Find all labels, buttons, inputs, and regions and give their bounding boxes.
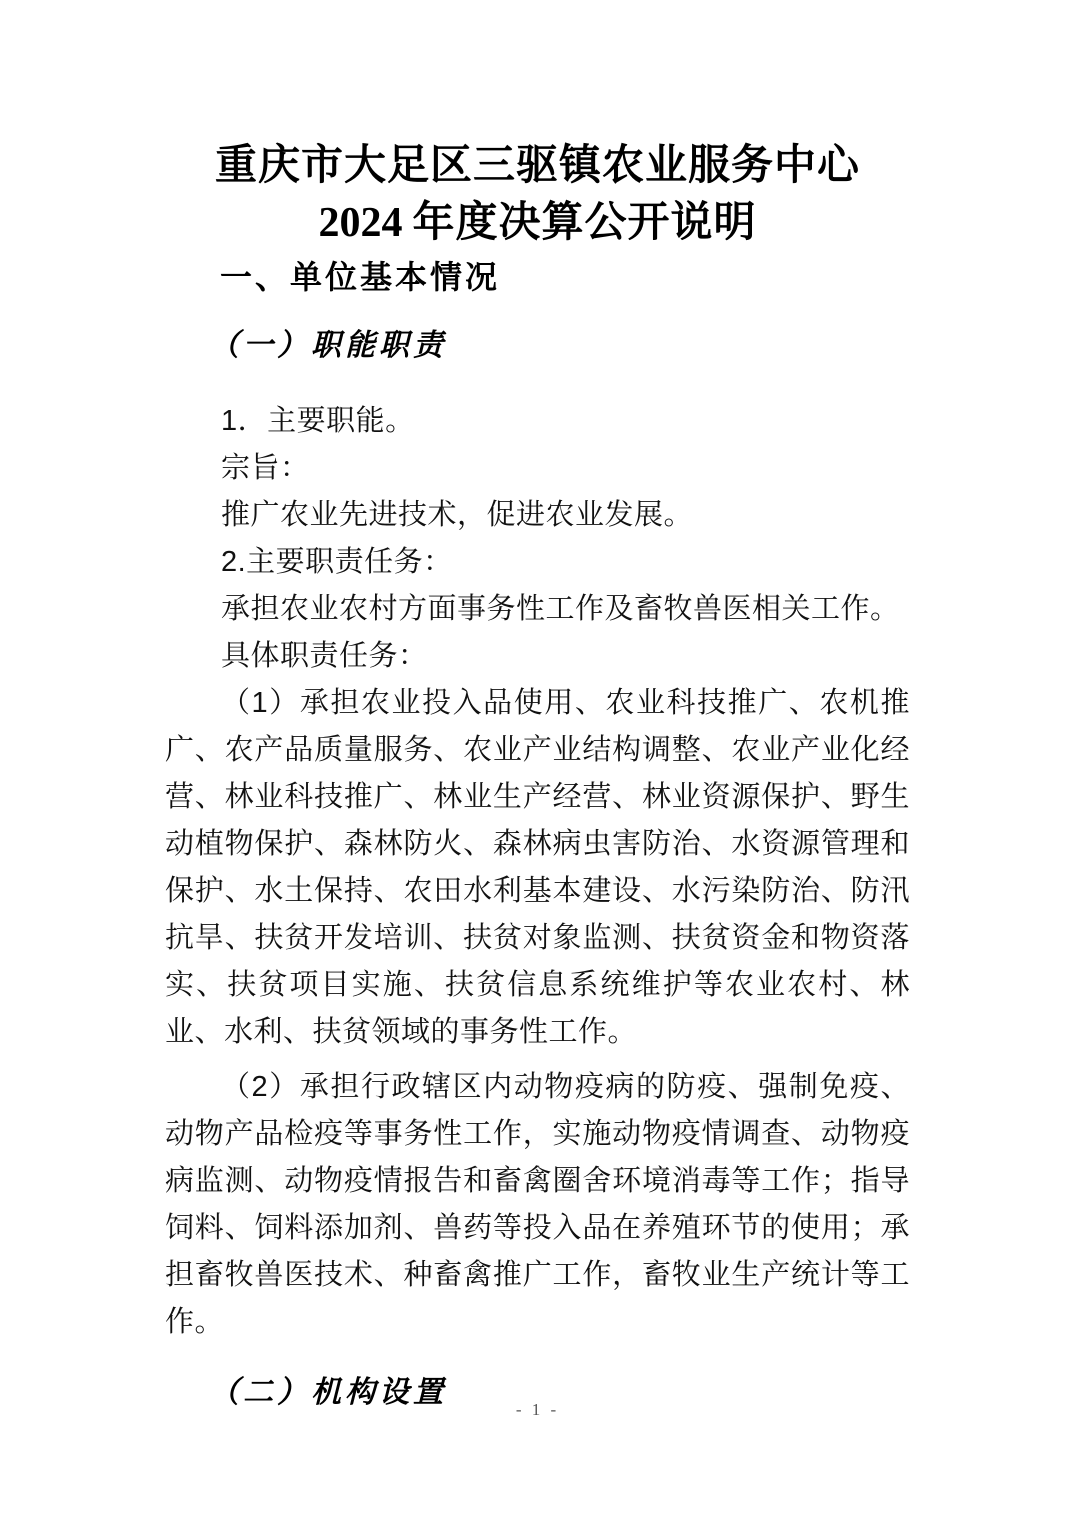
paragraph-main-function: 1．主要职能。 [165,398,910,445]
document-page: 重庆市大足区三驱镇农业服务中心 2024年度决算公开说明 一、单位基本情况 （一… [0,0,1075,1520]
document-title-line1: 重庆市大足区三驱镇农业服务中心 [165,136,910,193]
paragraph-duty-2: （2）承担行政辖区内动物疫病的防疫、强制免疫、动物产品检疫等事务性工作，实施动物… [165,1064,910,1346]
subsection-heading-duties: （一）职能职责 [165,327,910,365]
title-text-line1: 重庆市大足区三驱镇农业服务中心 [215,141,860,188]
paragraph-purpose-text: 推广农业先进技术，促进农业发展。 [165,492,910,539]
paragraph-duty-1: （1）承担农业投入品使用、农业科技推广、农机推广、农产品质量服务、农业产业结构调… [165,680,910,1056]
paragraph-main-duties-label: 2.主要职责任务： [165,539,910,586]
page-number: - 1 - [0,1400,1075,1420]
paragraph-specific-duties-label: 具体职责任务： [165,633,910,680]
paragraph-purpose-label: 宗旨： [165,445,910,492]
title-year: 2024 [318,200,402,246]
document-content: 重庆市大足区三驱镇农业服务中心 2024年度决算公开说明 一、单位基本情况 （一… [165,0,910,1412]
title-text-line2: 年度决算公开说明 [412,198,756,245]
section-heading-basic-info: 一、单位基本情况 [165,257,910,297]
document-title-line2: 2024年度决算公开说明 [165,193,910,252]
paragraph-duties-summary: 承担农业农村方面事务性工作及畜牧兽医相关工作。 [165,586,910,633]
